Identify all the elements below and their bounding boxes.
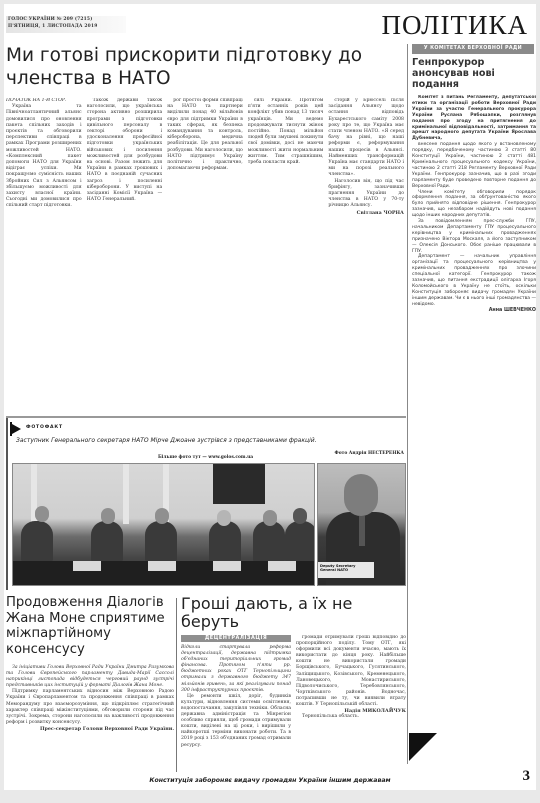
photo-caption: Заступник Генерального секретаря НАТО Мі… bbox=[16, 437, 317, 444]
article-mid-paragraph: Це ремонти шкіл, доріг, будинків культур… bbox=[181, 694, 291, 749]
sidebar-article: У КОМІТЕТАХ ВЕРХОВНОЇ РАДИ Генпрокурор а… bbox=[407, 44, 536, 764]
masthead-issue: ГОЛОС УКРАЇНИ № 209 (7215) bbox=[6, 16, 126, 23]
article-decentralization: Гроші дають, а їх не беруть ДЕЦЕНТРАЛІЗА… bbox=[181, 595, 406, 775]
painting bbox=[213, 464, 265, 504]
sidebar-byline: Анна ШЕВЧЕНКО bbox=[412, 308, 536, 314]
photo-fact-section: ФОТОФАКТ Заступник Генерального секретар… bbox=[6, 418, 406, 590]
masthead-date: П'ЯТНИЦЯ, 1 ЛИСТОПАДА 2019 bbox=[6, 23, 126, 30]
nameplate bbox=[268, 561, 296, 571]
article-mid-paragraph: громади отримували гроші відповідно до п… bbox=[296, 635, 406, 708]
article-jean-monnet: Продовження Діалогів Жана Моне сприятиме… bbox=[6, 595, 174, 775]
sidebar-body: Комітет з питань Регламенту, депутатсько… bbox=[412, 95, 536, 735]
sidebar-paragraph: Департамент — начальник управління орган… bbox=[412, 254, 536, 307]
flag-icon bbox=[12, 424, 21, 434]
person-head bbox=[101, 508, 115, 524]
person-head bbox=[263, 510, 277, 526]
person bbox=[285, 521, 315, 563]
article-mid-headline: Гроші дають, а їх не беруть bbox=[181, 595, 406, 631]
sidebar-headline: Генпрокурор анонсував нові подання bbox=[412, 57, 536, 90]
meeting-photo bbox=[12, 463, 315, 586]
main-column-4: силі України. Протягом п'яти останніх ро… bbox=[248, 98, 324, 408]
photo-credit: Фото Андрія НЕСТЕРЕНКА bbox=[335, 451, 404, 456]
main-paragraph: сторій у Брюсселі після засідання Альянс… bbox=[328, 98, 404, 179]
person bbox=[253, 521, 285, 563]
person bbox=[209, 521, 241, 563]
article-left-body: За ініціативи Голови Верховної Ради Укра… bbox=[6, 665, 174, 732]
nameplate bbox=[148, 561, 176, 571]
page-number: 3 bbox=[523, 768, 531, 785]
rubric-tag: ДЕЦЕНТРАЛІЗАЦІЯ bbox=[181, 635, 291, 642]
corner-triangle-decoration bbox=[409, 733, 437, 761]
sidebar-lead: Комітет з питань Регламенту, депутатсько… bbox=[412, 95, 536, 142]
article-left-intro: За ініціативи Голови Верховної Ради Укра… bbox=[6, 665, 174, 689]
pillar bbox=[123, 464, 129, 524]
portrait-head bbox=[344, 474, 378, 516]
person-head bbox=[155, 508, 169, 524]
column-divider bbox=[176, 598, 177, 772]
person-head bbox=[217, 510, 231, 526]
nameplate bbox=[213, 561, 241, 571]
main-article-body: ПОЧАТОК НА 1-Й СТОР. Україна та Північно… bbox=[6, 98, 404, 408]
person-head bbox=[293, 508, 307, 524]
nameplate bbox=[73, 561, 101, 571]
main-column-5: сторій у Брюсселі після засідання Альянс… bbox=[328, 98, 404, 408]
main-paragraph: рог простої форми співпраці на НАТО та п… bbox=[167, 98, 243, 172]
article-mid-intro: Відколи стартувала реформа децентралізац… bbox=[181, 645, 291, 694]
section-title: ПОЛІТИКА bbox=[382, 10, 528, 41]
main-column-2: Також держави також наголосили, що украї… bbox=[87, 98, 163, 408]
person bbox=[145, 521, 177, 563]
main-column-1: ПОЧАТОК НА 1-Й СТОР. Україна та Північно… bbox=[6, 98, 82, 408]
newspaper-page: ГОЛОС УКРАЇНИ № 209 (7215) П'ЯТНИЦЯ, 1 Л… bbox=[4, 4, 536, 790]
main-paragraph: Наголосив він, що під час брифінгу, зазн… bbox=[328, 179, 404, 210]
article-mid-column-1: ДЕЦЕНТРАЛІЗАЦІЯ Відколи стартувала рефор… bbox=[181, 635, 291, 790]
person bbox=[21, 521, 53, 563]
sidebar-paragraph: Члени комітету обговорили порядок оформл… bbox=[412, 190, 536, 220]
main-byline: Світлана ЧОРНА bbox=[328, 210, 404, 216]
masthead: ГОЛОС УКРАЇНИ № 209 (7215) П'ЯТНИЦЯ, 1 Л… bbox=[6, 16, 126, 33]
tie bbox=[359, 516, 365, 546]
person-head bbox=[35, 506, 49, 522]
photo-fact-label: ФОТОФАКТ bbox=[26, 425, 63, 430]
article-left-paragraph: Підтримку парламентських відносин між Ве… bbox=[6, 689, 174, 726]
person bbox=[91, 521, 123, 563]
article-mid-body: ДЕЦЕНТРАЛІЗАЦІЯ Відколи стартувала рефор… bbox=[181, 635, 406, 790]
portrait-nameplate: Deputy Secretary General NATO bbox=[318, 562, 374, 578]
article-left-byline: Прес-секретар Голови Верховної Ради Укра… bbox=[6, 726, 174, 732]
sidebar-rubric-tag: У КОМІТЕТАХ ВЕРХОВНОЇ РАДИ bbox=[412, 44, 534, 54]
main-headline: Ми готові прискорити підготовку до членс… bbox=[6, 44, 396, 90]
main-column-3: рог простої форми співпраці на НАТО та п… bbox=[167, 98, 243, 408]
sidebar-paragraph: За повідомленням прес-служби ГПУ, началь… bbox=[412, 219, 536, 254]
article-left-headline: Продовження Діалогів Жана Моне сприятиме… bbox=[6, 595, 174, 657]
article-mid-location: Тернопільська область. bbox=[296, 714, 406, 720]
main-paragraph: силі України. Протягом п'яти останніх ро… bbox=[248, 98, 324, 166]
more-photos-link[interactable]: Більше фото тут — www.golos.com.ua bbox=[158, 455, 253, 460]
article-mid-column-2: громади отримували гроші відповідно до п… bbox=[296, 635, 406, 790]
footer-tagline: Конституція забороняє видачу громадян Ук… bbox=[4, 777, 536, 784]
sidebar-paragraph: внесене подання щодо якого у встановлено… bbox=[412, 142, 536, 189]
main-paragraph: Також держави також наголосили, що украї… bbox=[87, 98, 163, 203]
portrait-photo: Deputy Secretary General NATO bbox=[317, 463, 406, 586]
main-paragraph: Україна та Північноатлантичний альянс до… bbox=[6, 104, 82, 209]
